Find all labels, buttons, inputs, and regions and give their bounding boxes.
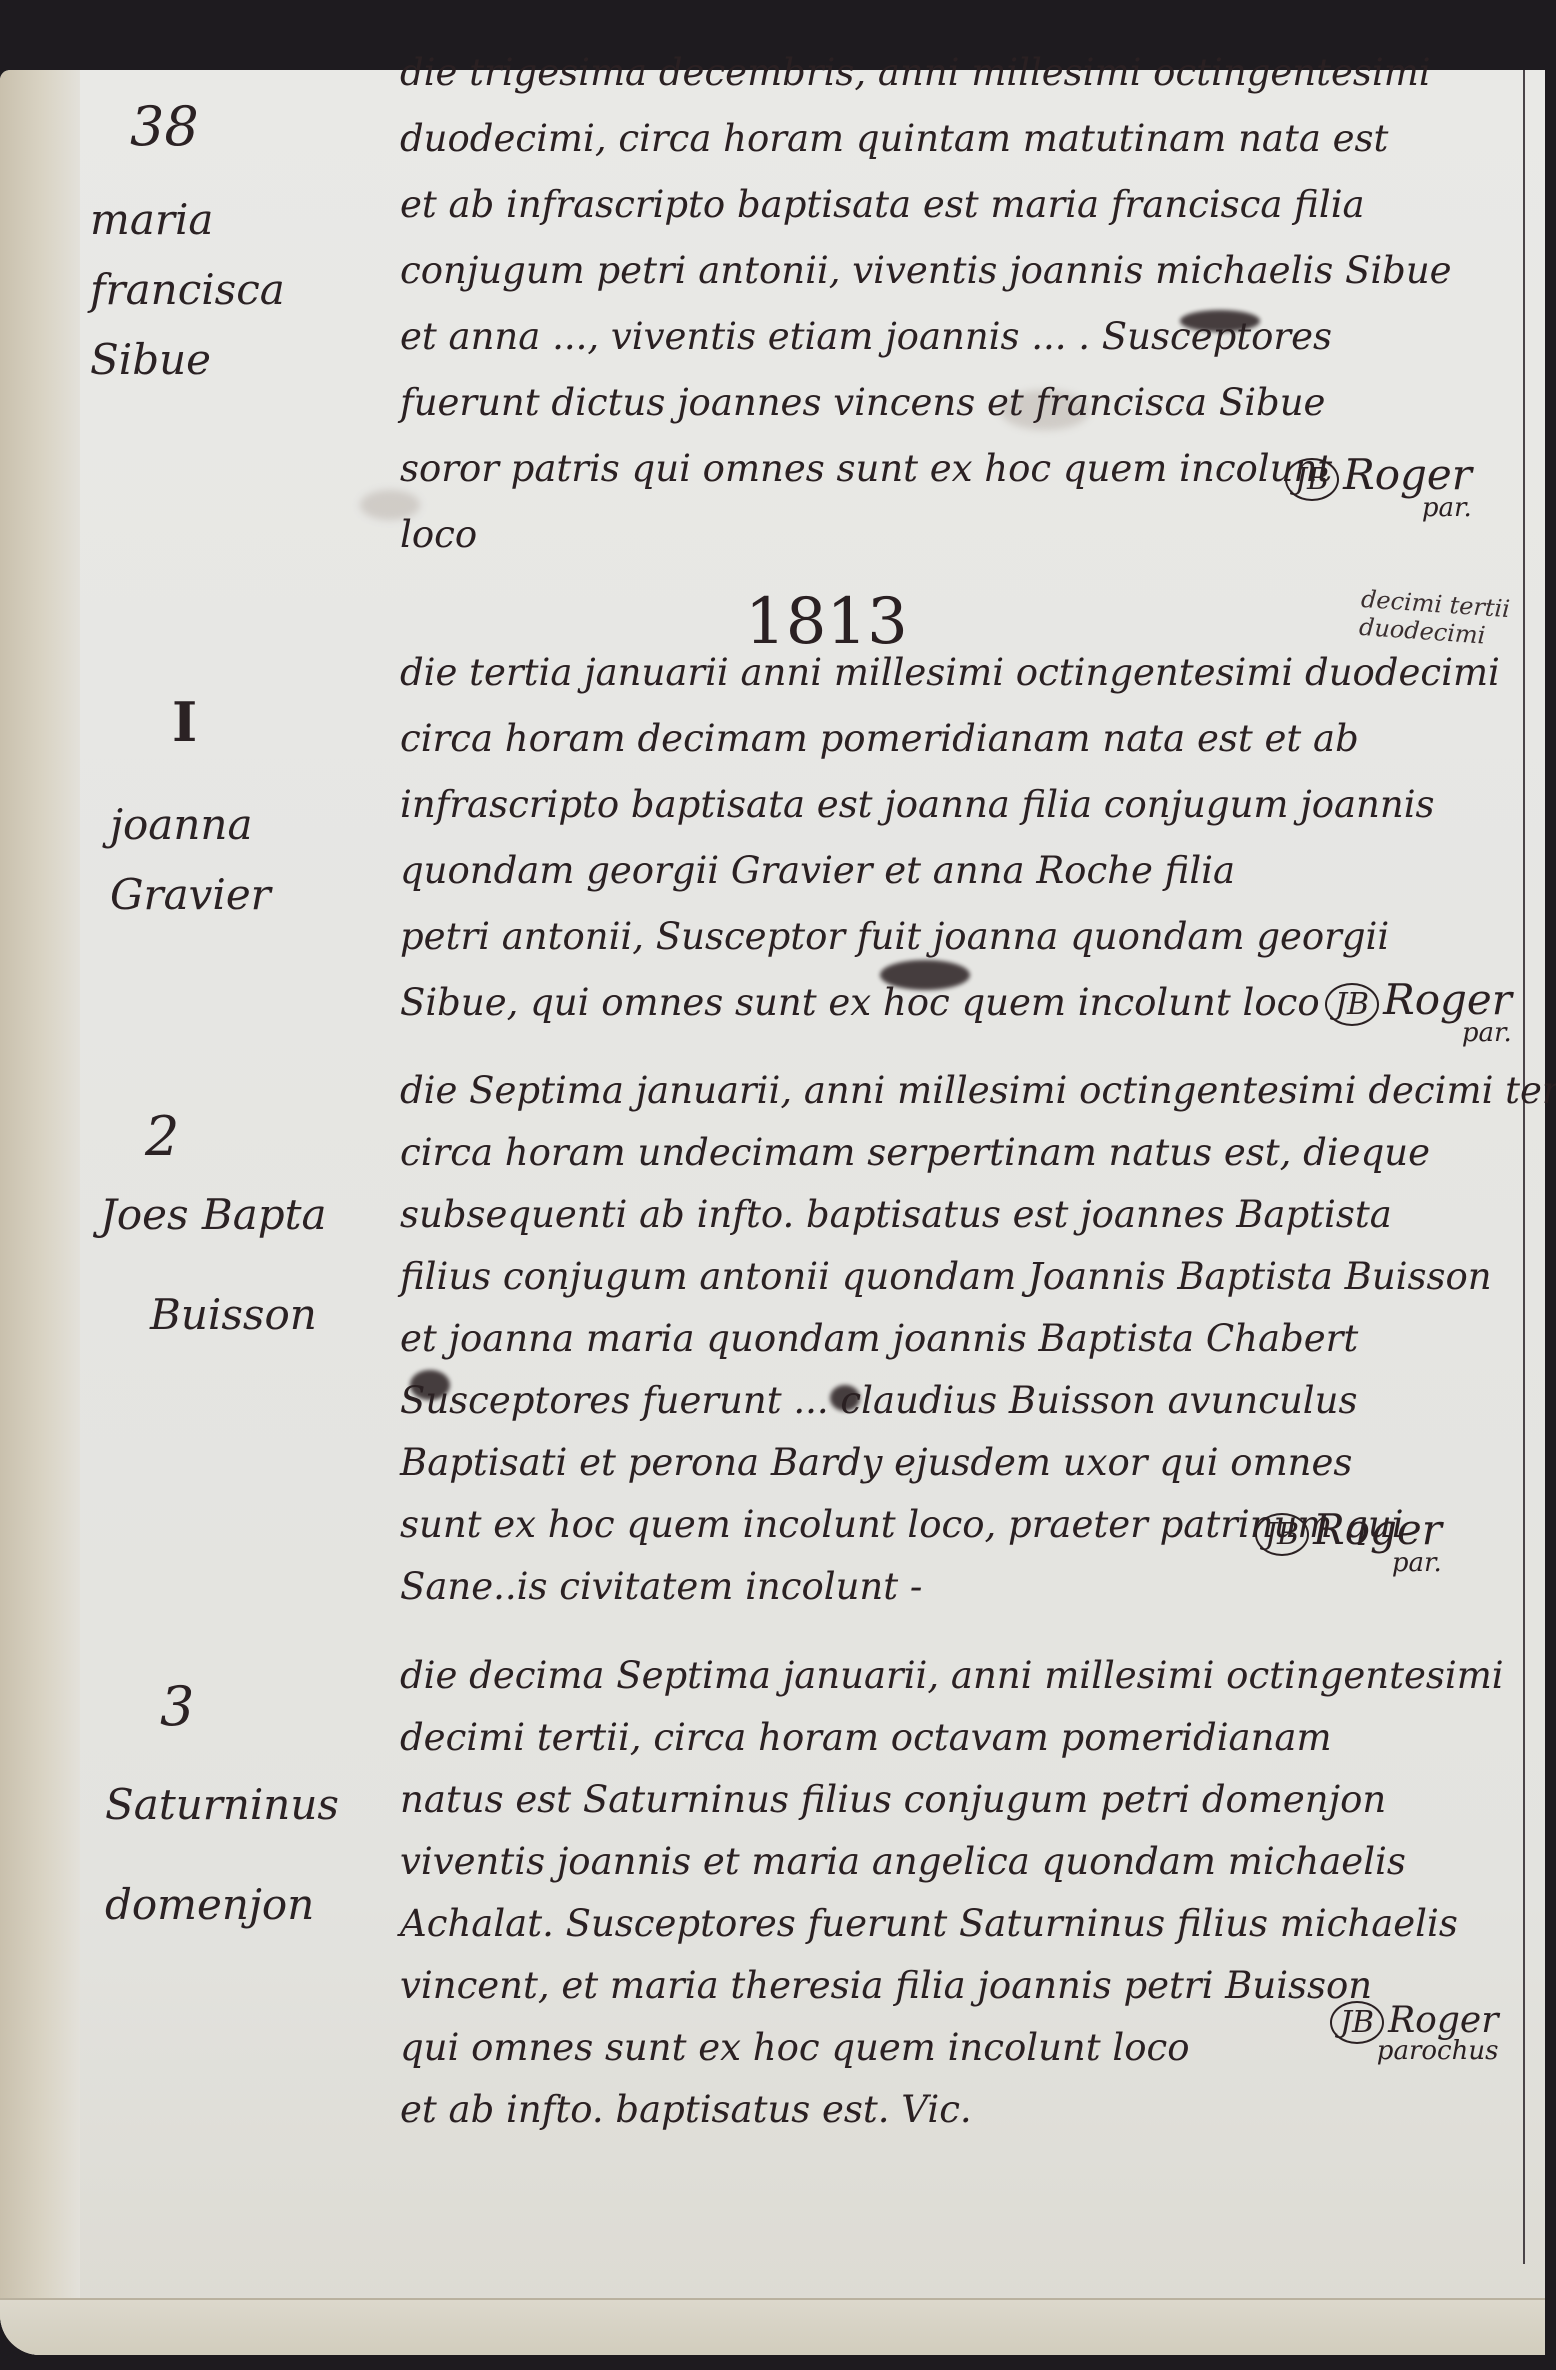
entry-line: duodecimi, circa horam quintam matutinam…	[400, 106, 1530, 172]
margin-child-name: joanna Gravier	[110, 790, 370, 930]
child-surname: Buisson	[100, 1280, 360, 1350]
child-surname: Sibue	[90, 325, 350, 395]
entry-line: Baptisati et perona Bardy ejusdem uxor q…	[400, 1432, 1530, 1494]
entry-line: decimi tertii, circa horam octavam pomer…	[400, 1707, 1530, 1769]
entry-line: Susceptores fuerunt ... claudius Buisson…	[400, 1370, 1530, 1432]
entry-line: die tertia januarii anni millesimi octin…	[400, 640, 1530, 706]
entry-line: et ab infto. baptisatus est. Vic.	[400, 2079, 1530, 2141]
signature-name: Roger	[1343, 450, 1472, 499]
margin-child-name: maria francisca Sibue	[90, 185, 350, 395]
entry-line: et ab infrascripto baptisata est maria f…	[400, 172, 1530, 238]
entry-line: infrascripto baptisata est joanna filia …	[400, 772, 1530, 838]
entry-line: et joanna maria quondam joannis Baptista…	[400, 1308, 1530, 1370]
page-gutter	[0, 70, 80, 2355]
child-given-name-2: francisca	[90, 255, 350, 325]
signature-name: Roger	[1388, 2000, 1498, 2041]
entry-line: et anna ..., viventis etiam joannis ... …	[400, 304, 1530, 370]
priest-signature: JBRoger parochus	[1330, 2000, 1498, 2066]
entry-line: subsequenti ab infto. baptisatus est joa…	[400, 1184, 1530, 1246]
priest-signature: JBRoger par.	[1255, 1505, 1442, 1578]
entry-line: die decima Septima januarii, anni milles…	[400, 1645, 1530, 1707]
entry-line: viventis joannis et maria angelica quond…	[400, 1831, 1530, 1893]
entry-line: natus est Saturninus filius conjugum pet…	[400, 1769, 1530, 1831]
entry-line: quondam georgii Gravier et anna Roche fi…	[400, 838, 1530, 904]
entry-line: filius conjugum antonii quondam Joannis …	[400, 1246, 1530, 1308]
entry-line: die Septima januarii, anni millesimi oct…	[400, 1060, 1530, 1122]
priest-signature: JBRoger par.	[1285, 450, 1472, 523]
signature-initials: JB	[1330, 2001, 1384, 2044]
entry-line: circa horam undecimam serpertinam natus …	[400, 1122, 1530, 1184]
entry-line: conjugum petri antonii, viventis joannis…	[400, 238, 1530, 304]
child-given-name: Joes Bapta	[100, 1180, 360, 1250]
signature-name: Roger	[1313, 1505, 1442, 1554]
signature-name: Roger	[1383, 975, 1512, 1024]
entry-line: die trigesima decembris, anni millesimi …	[400, 40, 1530, 106]
entry-line: fuerunt dictus joannes vincens et franci…	[400, 370, 1530, 436]
child-given-name: maria	[90, 185, 350, 255]
entry-line: Achalat. Susceptores fuerunt Saturninus …	[400, 1893, 1530, 1955]
margin-child-name: Joes Bapta Buisson	[100, 1180, 360, 1350]
signature-initials: JB	[1285, 458, 1339, 501]
page-bottom-edge	[0, 2298, 1545, 2355]
entry-line: circa horam decimam pomeridianam nata es…	[400, 706, 1530, 772]
child-given-name: joanna	[110, 790, 370, 860]
entry-line: petri antonii, Susceptor fuit joanna quo…	[400, 904, 1530, 970]
child-surname: Gravier	[110, 860, 370, 930]
entry-number: 2	[145, 1105, 179, 1168]
signature-initials: JB	[1325, 983, 1379, 1026]
priest-signature: JBRoger par.	[1325, 975, 1512, 1048]
entry-number: 3	[160, 1675, 194, 1738]
child-given-name: Saturninus	[105, 1770, 365, 1840]
child-surname: domenjon	[105, 1870, 365, 1940]
signature-initials: JB	[1255, 1513, 1309, 1556]
entry-number: I	[172, 690, 197, 754]
baptism-entry-3: die decima Septima januarii, anni milles…	[400, 1645, 1530, 2141]
entry-number: 38	[130, 95, 199, 158]
margin-child-name: Saturninus domenjon	[105, 1770, 365, 1940]
